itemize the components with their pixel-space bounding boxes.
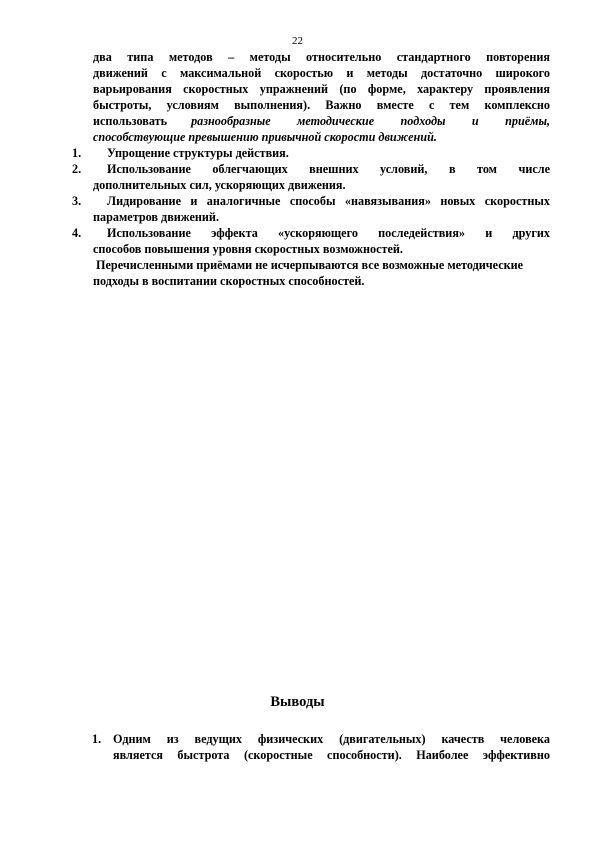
list-text: является быстрота (скоростные способност… bbox=[113, 747, 550, 763]
list-number: 3. bbox=[72, 193, 81, 209]
text-line: движений с максимальной скоростью и мето… bbox=[93, 65, 550, 81]
text-line: варьирования скоростных упражнений (по ф… bbox=[93, 81, 550, 97]
list-text: Одним из ведущих физических (двигательны… bbox=[113, 731, 550, 747]
text-line: подходы в воспитании скоростных способно… bbox=[93, 273, 550, 289]
text-line-italic: способствующие превышению привычной скор… bbox=[93, 129, 550, 145]
list-text: Использование облегчающих внешних услови… bbox=[93, 161, 550, 177]
list-text: параметров движений. bbox=[93, 209, 550, 225]
list-number: 1. bbox=[92, 731, 101, 747]
list-number: 2. bbox=[72, 161, 81, 177]
page-number: 22 bbox=[0, 35, 595, 47]
list-text: Упрощение структуры действия. bbox=[93, 145, 550, 161]
text-line: два типа методов – методы относительно с… bbox=[93, 49, 550, 65]
section-title: Выводы bbox=[0, 694, 595, 711]
list-number: 1. bbox=[72, 145, 81, 161]
text-normal: использовать bbox=[93, 113, 167, 129]
list-text: Лидирование и аналогичные способы «навяз… bbox=[93, 193, 550, 209]
text-line: Перечисленными приёмами не исчерпываются… bbox=[93, 257, 550, 273]
text-line: использовать разнообразные методические … bbox=[93, 113, 550, 129]
list-text: способов повышения уровня скоростных воз… bbox=[93, 241, 550, 257]
text-italic: разнообразные методические подходы и при… bbox=[191, 113, 550, 129]
text-line: быстроты, условиям выполнения). Важно вм… bbox=[93, 97, 550, 113]
list-text: дополнительных сил, ускоряющих движения. bbox=[93, 177, 550, 193]
list-number: 4. bbox=[72, 225, 81, 241]
list-text: Использование эффекта «ускоряющего после… bbox=[93, 225, 550, 241]
